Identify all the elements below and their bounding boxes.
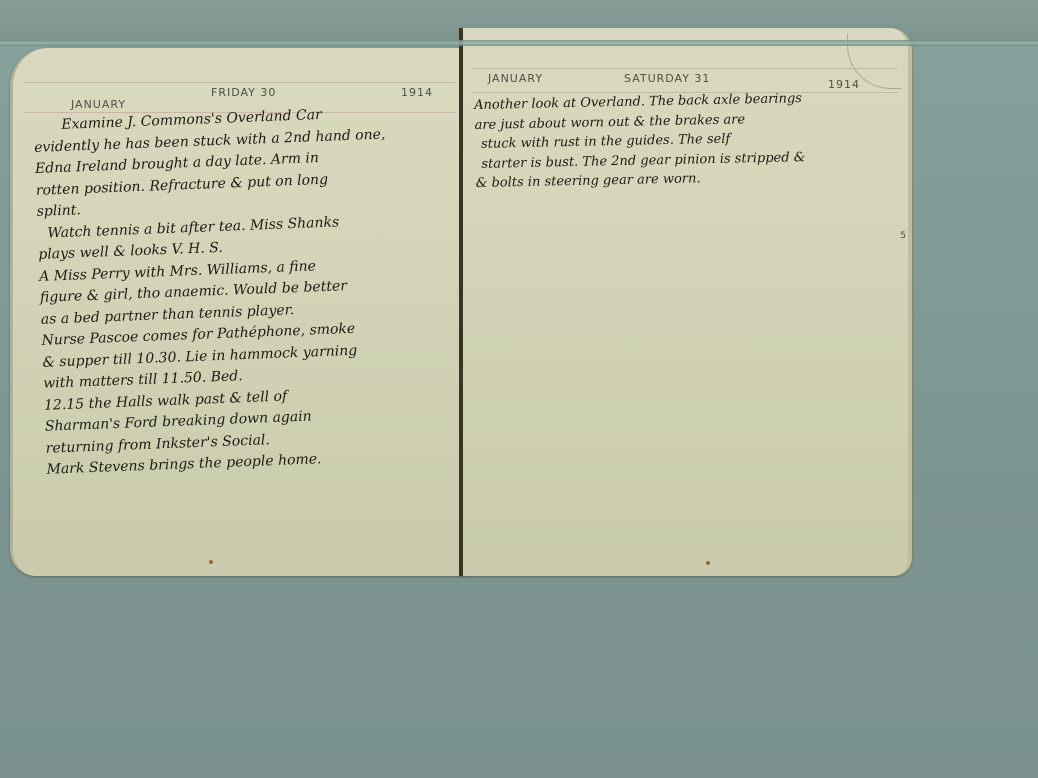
right-page-day: SATURDAY 31	[624, 72, 710, 85]
left-page-entry: Examine J. Commons's Overland Car eviden…	[33, 103, 398, 482]
right-page-entry: Another look at Overland. The back axle …	[474, 89, 806, 193]
page-number: 5	[900, 231, 906, 241]
left-page-year: 1914	[401, 86, 433, 99]
ink-spot	[209, 560, 213, 564]
right-page: JANUARY SATURDAY 31 1914 Another look at…	[462, 28, 912, 576]
ink-spot	[706, 561, 710, 565]
right-page-month: JANUARY	[488, 72, 543, 85]
right-page-year: 1914	[828, 78, 860, 91]
left-page-month: JANUARY	[71, 98, 126, 111]
left-page: JANUARY FRIDAY 30 1914 Examine J. Common…	[10, 48, 465, 576]
diary-book: JANUARY FRIDAY 30 1914 Examine J. Common…	[10, 28, 908, 576]
glass-sheet-edge	[0, 40, 1038, 46]
left-page-day: FRIDAY 30	[211, 86, 276, 99]
book-spine	[459, 28, 463, 576]
right-header-rule-top	[472, 68, 898, 69]
left-header-rule-top	[23, 82, 455, 83]
